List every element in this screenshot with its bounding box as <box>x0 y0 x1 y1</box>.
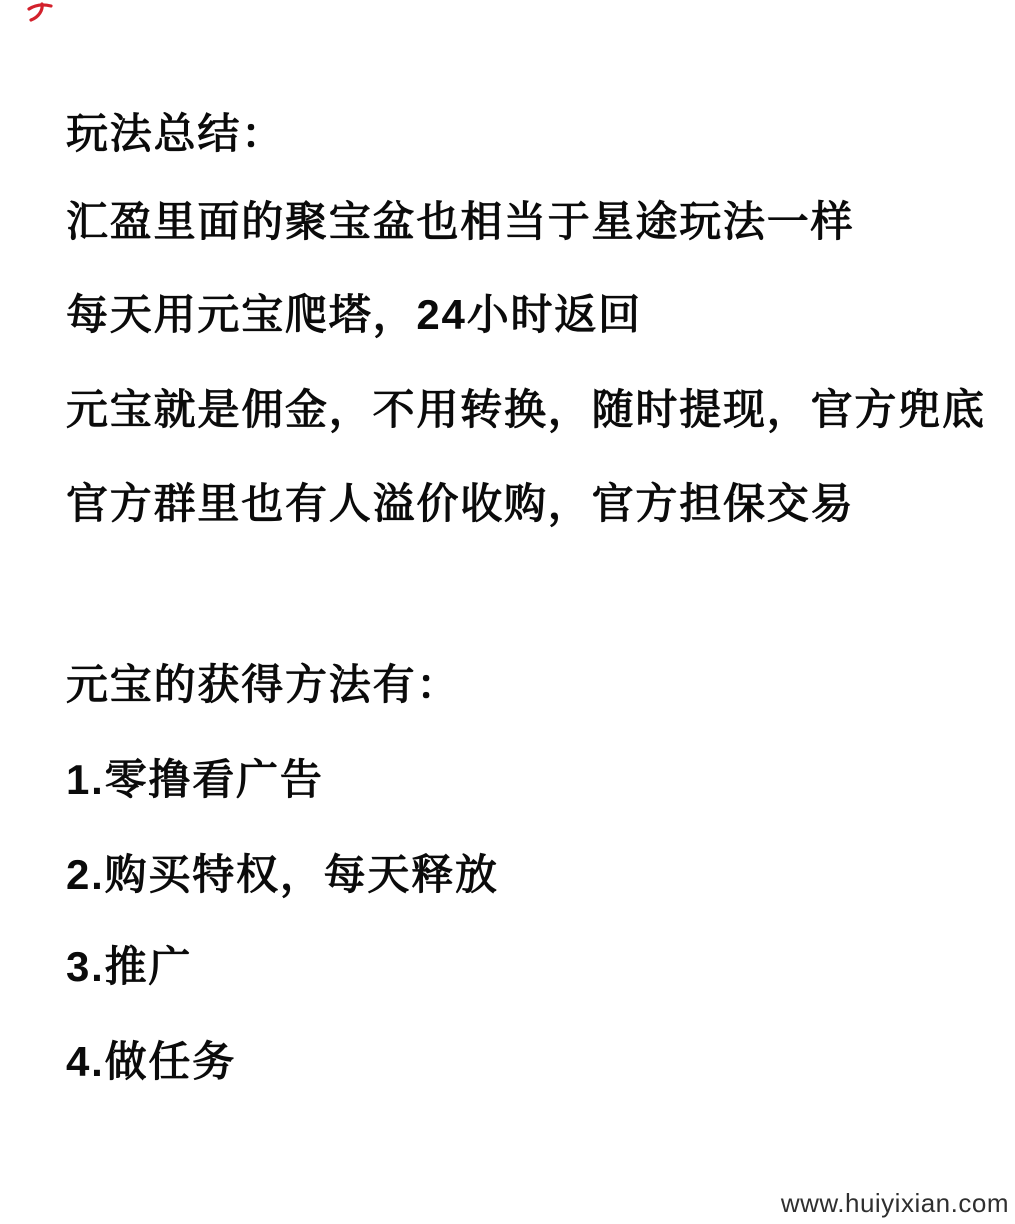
summary-line: 汇盈里面的聚宝盆也相当于星途玩法一样 <box>66 199 854 245</box>
method-list-item: 3.推广 <box>66 944 192 990</box>
method-list-item: 1.零撸看广告 <box>66 757 324 803</box>
red-scribble-icon <box>26 1 56 23</box>
summary-section-title: 玩法总结： <box>66 111 285 157</box>
summary-line: 官方群里也有人溢价收购，官方担保交易 <box>66 481 854 527</box>
note-page: 玩法总结： 汇盈里面的聚宝盆也相当于星途玩法一样 每天用元宝爬塔，24小时返回 … <box>0 0 1015 1224</box>
method-list-item: 4.做任务 <box>66 1039 236 1085</box>
methods-section-title: 元宝的获得方法有： <box>66 662 460 708</box>
summary-line: 元宝就是佣金，不用转换，随时提现，官方兜底 <box>66 387 986 433</box>
watermark-url: www.huiyixian.com <box>781 1188 1009 1219</box>
summary-line: 每天用元宝爬塔，24小时返回 <box>66 292 642 338</box>
method-list-item: 2.购买特权，每天释放 <box>66 852 499 898</box>
